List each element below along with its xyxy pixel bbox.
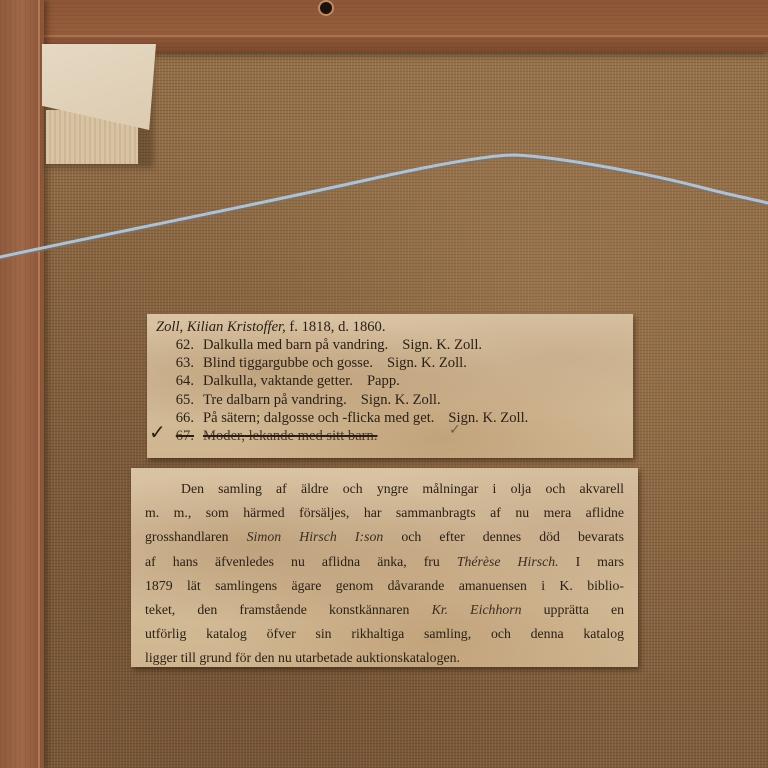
lot-number: 64. (147, 372, 203, 390)
stretcher-frame-left (0, 0, 44, 768)
lot-number: 62. (147, 336, 203, 354)
preface-text: ligger till grund för den nu utarbetade … (145, 650, 460, 665)
frame-edge-line (40, 35, 768, 37)
artist-dates: f. 1818, d. 1860. (289, 319, 385, 335)
preface-text: och efter dennes död bevarats (383, 529, 624, 544)
preface-paragraph: Den samling af äldre och yngre målningar… (145, 477, 624, 671)
nail-hole (320, 2, 332, 14)
preface-text: teket, den framstående konstkännaren (145, 602, 432, 617)
preface-line: m. m., som härmed försäljes, har sammanb… (145, 501, 624, 525)
lot-number: 63. (147, 354, 203, 372)
preface-text: grosshandlaren (145, 529, 247, 544)
preface-text: m. m., som härmed försäljes, har sammanb… (145, 505, 624, 520)
lot-signature: Sign. K. Zoll. (402, 336, 482, 354)
preface-line: utförlig katalog öfver sin rikhaltiga sa… (145, 622, 624, 646)
lot-signature: Sign. K. Zoll. (387, 354, 467, 372)
lot-title: Moder, lekande med sitt barn. (203, 427, 378, 445)
lot-title: På sätern; dalgosse och -flicka med get. (203, 409, 434, 427)
lot-row: 66.På sätern; dalgosse och -flicka med g… (147, 409, 633, 427)
lot-title: Dalkulla med barn på vandring. (203, 336, 388, 354)
lot-row: 63.Blind tiggargubbe och gosse.Sign. K. … (147, 354, 633, 372)
lot-list: 62.Dalkulla med barn på vandring.Sign. K… (147, 336, 633, 445)
preface-italic-name: Kr. Eichhorn (432, 602, 522, 617)
preface-text: Den samling af äldre och yngre målningar… (181, 481, 624, 496)
lot-signature: Papp. (367, 372, 400, 390)
preface-line: ligger till grund för den nu utarbetade … (145, 646, 624, 670)
catalogue-clipping-preface: Den samling af äldre och yngre målningar… (131, 468, 638, 667)
preface-text: upprätta en (522, 602, 624, 617)
preface-line: af hans äfvenledes nu aflidna änka, fru … (145, 550, 624, 574)
preface-text: utförlig katalog öfver sin rikhaltiga sa… (145, 626, 624, 641)
lot-signature: Sign. K. Zoll. (361, 391, 441, 409)
lot-row: 64.Dalkulla, vaktande getter.Papp. (147, 372, 633, 390)
catalogue-clipping-lots: Zoll, Kilian Kristoffer, f. 1818, d. 186… (147, 314, 633, 458)
frame-edge-line (38, 0, 40, 768)
lot-row: 62.Dalkulla med barn på vandring.Sign. K… (147, 336, 633, 354)
preface-line: teket, den framstående konstkännaren Kr.… (145, 598, 624, 622)
preface-line: Den samling af äldre och yngre målningar… (145, 477, 624, 501)
lot-title: Dalkulla, vaktande getter. (203, 372, 353, 390)
lot-row: 65.Tre dalbarn på vandring.Sign. K. Zoll… (147, 391, 633, 409)
lot-number: 65. (147, 391, 203, 409)
checkmark-icon: ✓ (449, 422, 461, 438)
lot-row: 67.Moder, lekande med sitt barn. (147, 427, 633, 445)
artist-name: Zoll, Kilian Kristoffer, (156, 319, 286, 335)
lot-title: Tre dalbarn på vandring. (203, 391, 347, 409)
artist-header: Zoll, Kilian Kristoffer, f. 1818, d. 186… (147, 318, 633, 336)
preface-italic-name: Simon Hirsch I:son (247, 529, 384, 544)
checkmark-icon: ✓ (149, 420, 166, 444)
preface-text: 1879 lät samlingens ägare genom dåvarand… (145, 578, 624, 593)
preface-text: af hans äfvenledes nu aflidna änka, fru (145, 554, 457, 569)
lot-title: Blind tiggargubbe och gosse. (203, 354, 373, 372)
preface-italic-name: Thérèse Hirsch. (457, 554, 559, 569)
preface-line: grosshandlaren Simon Hirsch I:son och ef… (145, 525, 624, 549)
preface-line: 1879 lät samlingens ägare genom dåvarand… (145, 574, 624, 598)
preface-text: I mars (559, 554, 624, 569)
